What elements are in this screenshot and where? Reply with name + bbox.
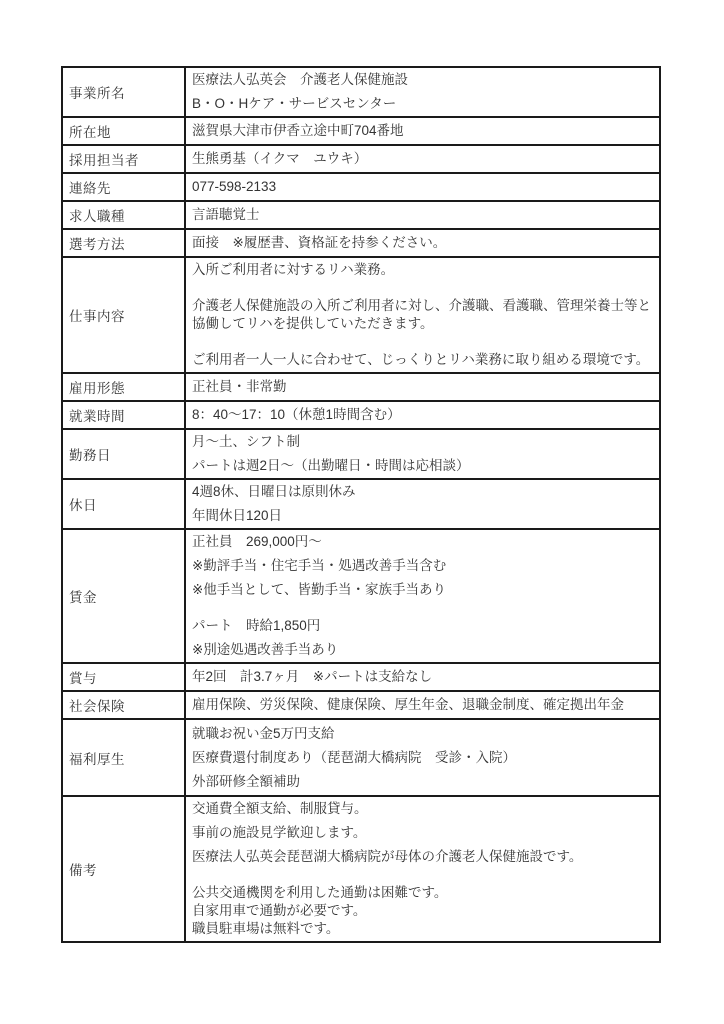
value-blank-line xyxy=(192,872,656,878)
value-line: パート 時給1,850円 xyxy=(192,617,656,635)
row-label: 選考方法 xyxy=(62,229,185,257)
value-line: 事前の施設見学歓迎します。 xyxy=(192,824,656,842)
value-line: 正社員・非常勤 xyxy=(192,378,656,396)
row-value: 言語聴覚士 xyxy=(185,201,660,229)
value-line: 公共交通機関を利用した通勤は困難です。 自家用車で通勤が必要です。 職員駐車場は… xyxy=(192,884,656,938)
row-value: 雇用保険、労災保険、健康保険、厚生年金、退職金制度、確定拠出年金 xyxy=(185,691,660,719)
row-label: 就業時間 xyxy=(62,401,185,429)
row-value: 8：40～17：10（休憩1時間含む） xyxy=(185,401,660,429)
value-line: ※勤評手当・住宅手当・処遇改善手当含む xyxy=(192,557,656,575)
value-line: B・O・Hケア・サービスセンター xyxy=(192,95,656,113)
value-line: 医療費還付制度あり（琵琶湖大橋病院 受診・入院） xyxy=(192,749,656,767)
value-line: 正社員 269,000円～ xyxy=(192,533,656,551)
value-line: 交通費全額支給、制服貸与。 xyxy=(192,800,656,818)
job-posting-table: 事業所名医療法人弘英会 介護老人保健施設B・O・Hケア・サービスセンター所在地滋… xyxy=(61,66,661,943)
value-line: 就職お祝い金5万円支給 xyxy=(192,725,656,743)
row-label: 所在地 xyxy=(62,117,185,145)
table-row: 就業時間8：40～17：10（休憩1時間含む） xyxy=(62,401,660,429)
value-line: 入所ご利用者に対するリハ業務。 xyxy=(192,261,656,279)
row-label: 賞与 xyxy=(62,663,185,691)
row-value: 生熊勇基（イクマ ユウキ） xyxy=(185,145,660,173)
row-value: 就職お祝い金5万円支給医療費還付制度あり（琵琶湖大橋病院 受診・入院）外部研修全… xyxy=(185,719,660,796)
table-row: 社会保険雇用保険、労災保険、健康保険、厚生年金、退職金制度、確定拠出年金 xyxy=(62,691,660,719)
row-label: 福利厚生 xyxy=(62,719,185,796)
table-row: 選考方法面接 ※履歴書、資格証を持参ください。 xyxy=(62,229,660,257)
row-label: 連絡先 xyxy=(62,173,185,201)
table-row: 賃金正社員 269,000円～※勤評手当・住宅手当・処遇改善手当含む※他手当とし… xyxy=(62,529,660,663)
value-line: 生熊勇基（イクマ ユウキ） xyxy=(192,150,656,168)
table-row: 休日4週8休、日曜日は原則休み年間休日120日 xyxy=(62,479,660,529)
row-label: 採用担当者 xyxy=(62,145,185,173)
table-row: 仕事内容入所ご利用者に対するリハ業務。介護老人保健施設の入所ご利用者に対し、介護… xyxy=(62,257,660,373)
table-row: 雇用形態正社員・非常勤 xyxy=(62,373,660,401)
job-table-body: 事業所名医療法人弘英会 介護老人保健施設B・O・Hケア・サービスセンター所在地滋… xyxy=(62,67,660,942)
row-value: 年2回 計3.7ヶ月 ※パートは支給なし xyxy=(185,663,660,691)
value-line: ※他手当として、皆勤手当・家族手当あり xyxy=(192,581,656,599)
value-blank-line xyxy=(192,285,656,291)
table-row: 賞与年2回 計3.7ヶ月 ※パートは支給なし xyxy=(62,663,660,691)
value-blank-line xyxy=(192,605,656,611)
row-label: 求人職種 xyxy=(62,201,185,229)
row-label: 雇用形態 xyxy=(62,373,185,401)
value-line: 介護老人保健施設の入所ご利用者に対し、介護職、看護職、管理栄養士等と協働してリハ… xyxy=(192,297,656,333)
row-label: 備考 xyxy=(62,796,185,942)
row-value: 正社員 269,000円～※勤評手当・住宅手当・処遇改善手当含む※他手当として、… xyxy=(185,529,660,663)
value-line: 外部研修全額補助 xyxy=(192,773,656,791)
row-value: 医療法人弘英会 介護老人保健施設B・O・Hケア・サービスセンター xyxy=(185,67,660,117)
row-value: 面接 ※履歴書、資格証を持参ください。 xyxy=(185,229,660,257)
value-line: 月～土、シフト制 xyxy=(192,433,656,451)
row-value: 滋賀県大津市伊香立途中町704番地 xyxy=(185,117,660,145)
row-label: 賃金 xyxy=(62,529,185,663)
value-line: 8：40～17：10（休憩1時間含む） xyxy=(192,406,656,424)
row-label: 仕事内容 xyxy=(62,257,185,373)
table-row: 連絡先077-598-2133 xyxy=(62,173,660,201)
table-row: 採用担当者生熊勇基（イクマ ユウキ） xyxy=(62,145,660,173)
row-label: 勤務日 xyxy=(62,429,185,479)
row-value: 交通費全額支給、制服貸与。事前の施設見学歓迎します。医療法人弘英会琵琶湖大橋病院… xyxy=(185,796,660,942)
value-line: 言語聴覚士 xyxy=(192,206,656,224)
table-row: 勤務日月～土、シフト制パートは週2日～（出勤曜日・時間は応相談） xyxy=(62,429,660,479)
table-row: 所在地滋賀県大津市伊香立途中町704番地 xyxy=(62,117,660,145)
table-row: 求人職種言語聴覚士 xyxy=(62,201,660,229)
value-line: 077-598-2133 xyxy=(192,178,656,196)
row-label: 休日 xyxy=(62,479,185,529)
value-line: 医療法人弘英会琵琶湖大橋病院が母体の介護老人保健施設です。 xyxy=(192,848,656,866)
row-value: 月～土、シフト制パートは週2日～（出勤曜日・時間は応相談） xyxy=(185,429,660,479)
row-value: 4週8休、日曜日は原則休み年間休日120日 xyxy=(185,479,660,529)
value-blank-line xyxy=(192,339,656,345)
value-line: ご利用者一人一人に合わせて、じっくりとリハ業務に取り組める環境です。 xyxy=(192,351,656,369)
value-line: 4週8休、日曜日は原則休み xyxy=(192,483,656,501)
value-line: 滋賀県大津市伊香立途中町704番地 xyxy=(192,122,656,140)
value-line: 年2回 計3.7ヶ月 ※パートは支給なし xyxy=(192,668,656,686)
value-line: パートは週2日～（出勤曜日・時間は応相談） xyxy=(192,457,656,475)
row-value: 正社員・非常勤 xyxy=(185,373,660,401)
value-line: 面接 ※履歴書、資格証を持参ください。 xyxy=(192,234,656,252)
row-value: 入所ご利用者に対するリハ業務。介護老人保健施設の入所ご利用者に対し、介護職、看護… xyxy=(185,257,660,373)
document-page: 事業所名医療法人弘英会 介護老人保健施設B・O・Hケア・サービスセンター所在地滋… xyxy=(0,0,724,1024)
table-row: 備考交通費全額支給、制服貸与。事前の施設見学歓迎します。医療法人弘英会琵琶湖大橋… xyxy=(62,796,660,942)
table-row: 事業所名医療法人弘英会 介護老人保健施設B・O・Hケア・サービスセンター xyxy=(62,67,660,117)
value-line: 医療法人弘英会 介護老人保健施設 xyxy=(192,71,656,89)
row-label: 事業所名 xyxy=(62,67,185,117)
row-label: 社会保険 xyxy=(62,691,185,719)
row-value: 077-598-2133 xyxy=(185,173,660,201)
value-line: 年間休日120日 xyxy=(192,507,656,525)
value-line: 雇用保険、労災保険、健康保険、厚生年金、退職金制度、確定拠出年金 xyxy=(192,696,656,714)
value-line: ※別途処遇改善手当あり xyxy=(192,641,656,659)
table-row: 福利厚生就職お祝い金5万円支給医療費還付制度あり（琵琶湖大橋病院 受診・入院）外… xyxy=(62,719,660,796)
